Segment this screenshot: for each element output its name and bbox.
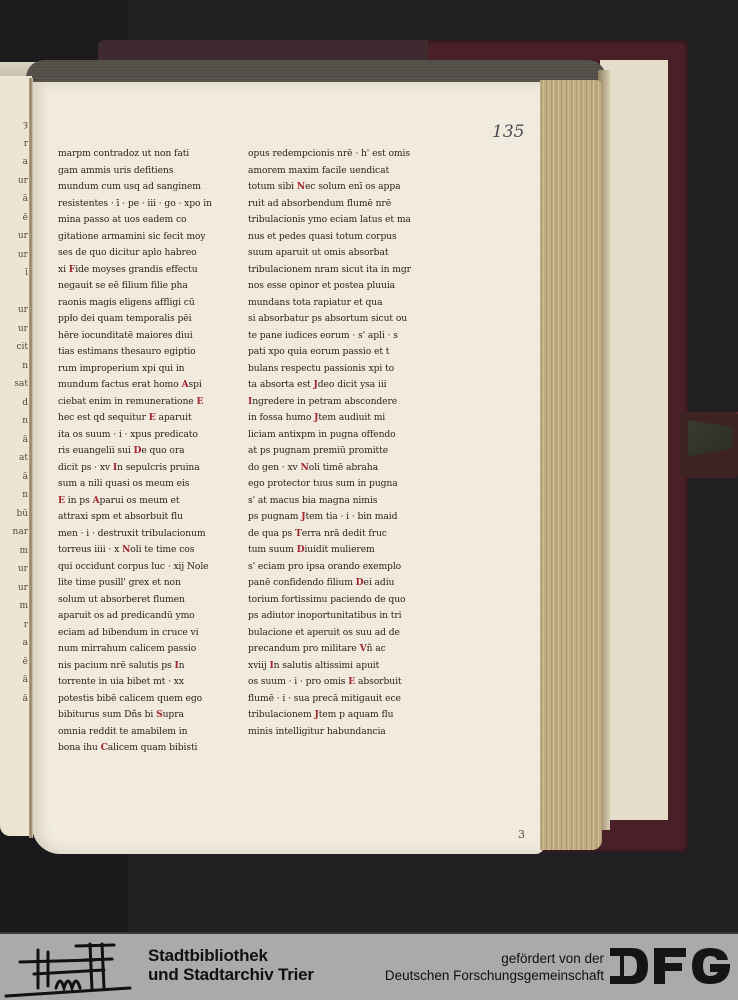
manuscript-line: amorem maxim facile uendicat (248, 163, 428, 180)
rubricated-word: D (356, 577, 364, 588)
manuscript-line: s' at macus bia magna nimis (248, 493, 428, 510)
manuscript-line: eciam ad bibendum in cruce vi (58, 625, 228, 642)
left-page: ȝ r a ur ā ē ur ur ī ur ur cit n sat d n… (0, 76, 32, 836)
rubricated-word: A (181, 379, 188, 390)
manuscript-line: tias estimans thesauro egiptio (58, 344, 228, 361)
left-page-text-fragments: ȝ r a ur ā ē ur ur ī ur ur cit n sat d n… (2, 116, 28, 708)
rubricated-word: S (156, 709, 163, 720)
manuscript-line: bibiturus sum Dñs bi Supra (58, 707, 228, 724)
rubricated-word: I (248, 396, 252, 407)
manuscript-line: solum ut absorberet flumen (58, 592, 228, 609)
endpaper (600, 60, 668, 820)
manuscript-line: dicit ps · xv In sepulcris pruina (58, 460, 228, 477)
manuscript-line: ppło dei quam temporalis pēi (58, 311, 228, 328)
manuscript-line: flumē · i · sua precā mitigauit ece (248, 691, 428, 708)
rubricated-word: J (314, 412, 318, 423)
rubricated-word: D (297, 544, 305, 555)
rubricated-word: F (69, 264, 75, 275)
manuscript-line: panē confidendo filium Dei adiu (248, 575, 428, 592)
manuscript-line: attraxi spm et absorbuit flu (58, 509, 228, 526)
rubricated-word: N (297, 181, 305, 192)
manuscript-line: te pane iudices eorum · s' apli · s (248, 328, 428, 345)
manuscript-line: ita os suum · i · xpus predicato (58, 427, 228, 444)
manuscript-line: xviij In salutis altissimi apuit (248, 658, 428, 675)
manuscript-line: liciam antixpm in pugna offendo (248, 427, 428, 444)
rubricated-word: E (196, 396, 203, 407)
footer-banner: Stadtbibliothek und Stadtarchiv Trier ge… (0, 932, 738, 1000)
manuscript-image-viewer[interactable]: ȝ r a ur ā ē ur ur ī ur ur cit n sat d n… (0, 0, 738, 932)
manuscript-line: omnia reddit te amabilem in (58, 724, 228, 741)
manuscript-line: ris euangelii sui De quo ora (58, 443, 228, 460)
manuscript-line: pati xpo quia eorum passio et t (248, 344, 428, 361)
manuscript-line: do gen · xv Noli timē abraha (248, 460, 428, 477)
manuscript-line: tribulacionis ymo eciam latus et ma (248, 212, 428, 229)
text-column-left: marpm contradoz ut non fatigam ammis uri… (58, 146, 228, 757)
manuscript-line: num mirrahum calicem passio (58, 641, 228, 658)
manuscript-line: ta absorta est Jdeo dicit ysa iii (248, 377, 428, 394)
manuscript-line: torium fortissimu paciendo de quo (248, 592, 428, 609)
manuscript-line: gitatione armamini sic fecit moy (58, 229, 228, 246)
manuscript-line: E in ps Aparui os meum et (58, 493, 228, 510)
manuscript-line: nos esse opinor et postea pluuia (248, 278, 428, 295)
dfg-logo-icon (610, 946, 732, 986)
manuscript-line: gam ammis uris defitiens (58, 163, 228, 180)
gutter (29, 78, 33, 838)
text-column-right: opus redempcionis nrē · h' est omisamore… (248, 146, 428, 740)
manuscript-line: aparuit os ad predicandū ymo (58, 608, 228, 625)
rubricated-word: I (269, 660, 273, 671)
rubricated-word: J (301, 511, 305, 522)
manuscript-line: opus redempcionis nrē · h' est omis (248, 146, 428, 163)
manuscript-line: minis intelligitur habundancia (248, 724, 428, 741)
quire-signature-mark: 3 (518, 828, 525, 841)
manuscript-line: torreus iiii · x Noli te time cos (58, 542, 228, 559)
manuscript-line: bulans respectu passionis xpi to (248, 361, 428, 378)
manuscript-line: Ingredere in petram abscondere (248, 394, 428, 411)
manuscript-line: ps pugnam Jtem tia · i · bin maid (248, 509, 428, 526)
rubricated-word: E (58, 495, 65, 506)
library-name-line2: und Stadtarchiv Trier (148, 965, 314, 984)
manuscript-line: hec est qd sequitur E aparuit (58, 410, 228, 427)
manuscript-line: tum suum Diuidit mulierem (248, 542, 428, 559)
rubricated-word: D (134, 445, 142, 456)
rubricated-word: E (149, 412, 156, 423)
manuscript-line: tribulacionem nram sicut ita in mgr (248, 262, 428, 279)
manuscript-line: mina passo at uos eadem co (58, 212, 228, 229)
manuscript-line: nus et pedes quasi totum corpus (248, 229, 428, 246)
rubricated-word: E (348, 676, 355, 687)
manuscript-line: de qua ps Terra nrā dedit fruc (248, 526, 428, 543)
manuscript-line: potestis bibē calicem quem ego (58, 691, 228, 708)
library-name-line1: Stadtbibliothek (148, 946, 314, 965)
manuscript-line: sum a nili quasi os meum eis (58, 476, 228, 493)
manuscript-line: ruit ad absorbendum flumē nrē (248, 196, 428, 213)
rubricated-word: J (313, 379, 317, 390)
manuscript-line: mundans tota rapiatur et qua (248, 295, 428, 312)
manuscript-line: bona ihu Calicem quam bibisti (58, 740, 228, 757)
manuscript-line: s' eciam pro ipsa orando exemplo (248, 559, 428, 576)
funder-credit: gefördert von der Deutschen Forschungsge… (385, 950, 604, 984)
rubricated-word: J (314, 709, 318, 720)
library-name: Stadtbibliothek und Stadtarchiv Trier (148, 946, 314, 984)
manuscript-line: resistentes · ī · pe · iii · go · xpo in (58, 196, 228, 213)
funder-line1: gefördert von der (385, 950, 604, 967)
manuscript-line: lite time pusill' grex et non (58, 575, 228, 592)
manuscript-line: marpm contradoz ut non fati (58, 146, 228, 163)
manuscript-line: men · i · destruxit tribulacionum (58, 526, 228, 543)
manuscript-line: hēre iocunditatē maiores diui (58, 328, 228, 345)
manuscript-line: in fossa humo Jtem audiuit mi (248, 410, 428, 427)
rubricated-word: A (92, 495, 99, 506)
manuscript-line: mundum cum usq ad sanginem (58, 179, 228, 196)
manuscript-line: torrente in uia bibet mt · xx (58, 674, 228, 691)
manuscript-line: totum sibi Nec solum enī os appa (248, 179, 428, 196)
manuscript-line: ses de quo dicitur aplo habreo (58, 245, 228, 262)
manuscript-line: mundum factus erat homo Aspi (58, 377, 228, 394)
manuscript-line: ego protector tuus sum in pugna (248, 476, 428, 493)
rubricated-word: I (174, 660, 178, 671)
stadtbibliothek-trier-logo-icon (4, 940, 134, 998)
manuscript-line: ciebat enim in remuneratione E (58, 394, 228, 411)
funder-line2: Deutschen Forschungsgemeinschaft (385, 967, 604, 984)
manuscript-line: bulacione et aperuit os suu ad de (248, 625, 428, 642)
manuscript-line: tribulacionem Jtem p aquam flu (248, 707, 428, 724)
manuscript-line: si absorbatur ps absortum sicut ou (248, 311, 428, 328)
rubricated-word: N (300, 462, 308, 473)
manuscript-line: at ps pugnam premiū promitte (248, 443, 428, 460)
manuscript-line: negauit se eē filium filie pha (58, 278, 228, 295)
manuscript-line: suum aparuit ut omis absorbat (248, 245, 428, 262)
rubricated-word: T (295, 528, 302, 539)
rubricated-word: I (113, 462, 117, 473)
page-block-top-edge (26, 60, 606, 84)
rubricated-word: C (101, 742, 108, 753)
manuscript-line: os suum · i · pro omis E absorbuit (248, 674, 428, 691)
rubricated-word: N (122, 544, 130, 555)
manuscript-line: xi Fide moyses grandis effectu (58, 262, 228, 279)
manuscript-line: precandum pro militare Vñ ac (248, 641, 428, 658)
manuscript-line: nis pacium nrē salutis ps In (58, 658, 228, 675)
folio-number: 135 (492, 122, 524, 142)
manuscript-line: raonis magis eligens affligi cū (58, 295, 228, 312)
rubricated-word: V (360, 643, 367, 654)
manuscript-line: ps adiutor inoportunitatibus in tri (248, 608, 428, 625)
manuscript-line: rum improperium xpi qui in (58, 361, 228, 378)
manuscript-line: qui occidunt corpus luc · xij Nole (58, 559, 228, 576)
page-block-fore-edge (540, 80, 602, 850)
